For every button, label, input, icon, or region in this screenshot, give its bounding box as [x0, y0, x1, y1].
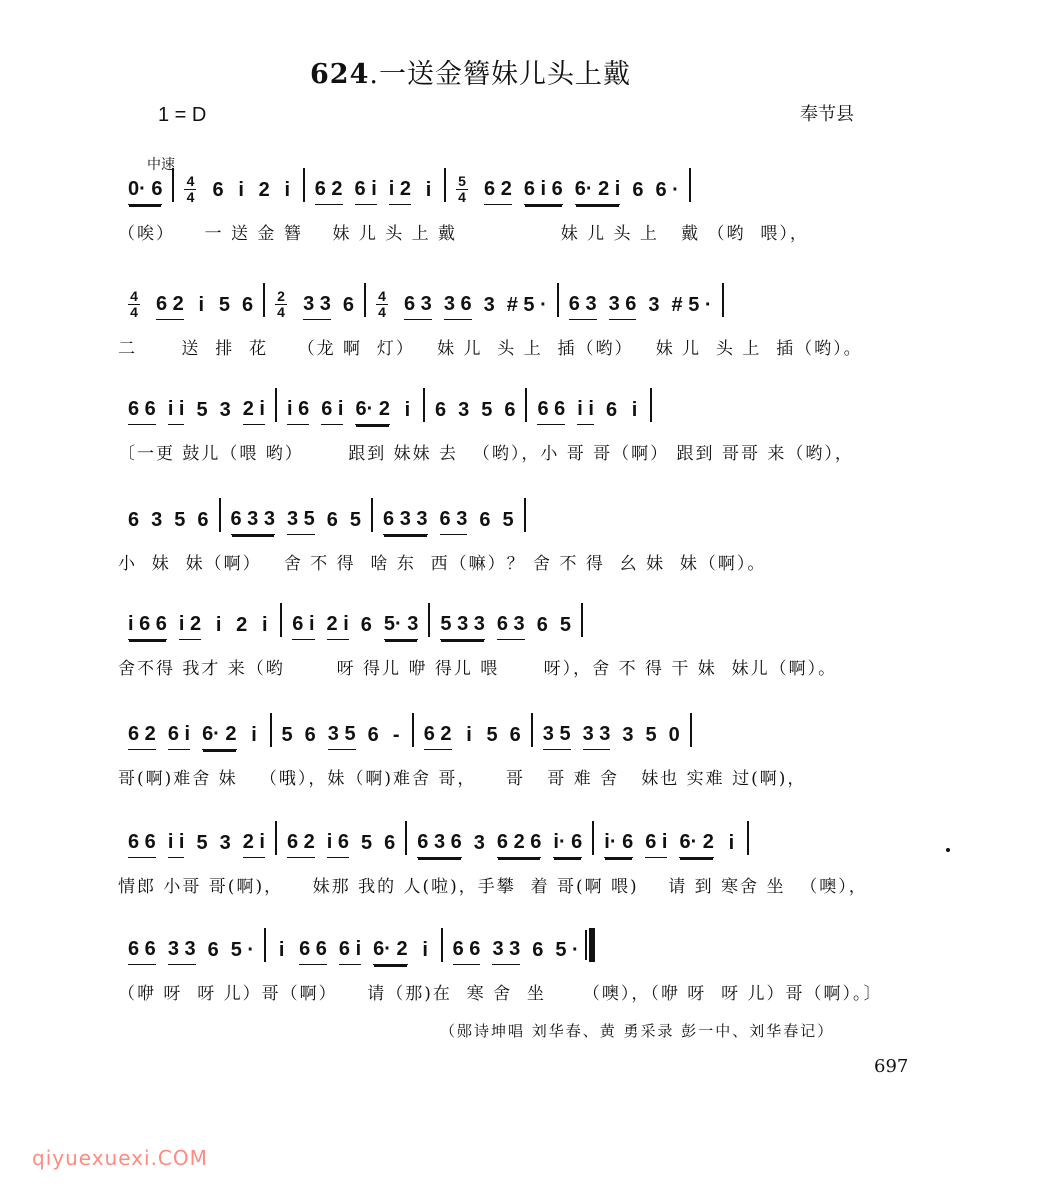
note: i· 6 [553, 831, 582, 853]
note-group: 5 [350, 509, 361, 535]
note: 5 · [555, 939, 578, 961]
note-group: # 5 · [672, 294, 712, 320]
note-group: i i [577, 398, 594, 425]
note: 3 3 [583, 723, 611, 745]
note-group: 2 i [243, 831, 265, 858]
measure: 6 26 i6· 2i [118, 723, 270, 750]
note-group: i 6 [287, 398, 309, 425]
note: 6 i [645, 831, 667, 853]
note-group: i [726, 832, 737, 858]
note-group: 2 i [243, 398, 265, 425]
note: 5 [646, 724, 657, 746]
note-group: i i [168, 831, 185, 858]
song-title: 624.一送金簪妹儿头上戴 [310, 52, 631, 91]
note-group: 3 3 [168, 938, 196, 965]
note-group: 3 6 [444, 293, 472, 320]
note: 6· 2 [202, 723, 236, 745]
note: 6 i [292, 613, 314, 635]
lyrics-line: （唉） 一 送 金 簪 妹 儿 头 上 戴 妹 儿 头 上 戴 （哟 喂）， [118, 219, 908, 249]
lyrics-line: 哥(啊)难舍 妹 （哦），妹（啊)难舍 哥， 哥 哥 难 舍 妹也 实难 过(啊… [118, 764, 908, 794]
note: 3 6 [444, 293, 472, 315]
note: 6 3 [404, 293, 432, 315]
note: 6 i [168, 723, 190, 745]
note-group: 3 [458, 399, 469, 425]
note: i [282, 179, 293, 201]
note: i [420, 939, 431, 961]
note-group: 6 3 3 [383, 508, 427, 535]
note: 6 [242, 294, 253, 316]
time-signature: 44 [128, 289, 140, 320]
note-group: # 5 · [507, 294, 547, 320]
score-row: i 6 6i 2i2i6 i2 i65· 35 3 36 365舍不得 我才 来… [118, 600, 908, 684]
note-group: 6 6 [128, 938, 156, 965]
note-group: 6 i 6 [524, 178, 563, 205]
measure: i· 66 i6· 2i [594, 831, 747, 858]
note: 6 · [655, 179, 678, 201]
score-row: 63566 3 33 5656 3 36 365小 妹 妹（啊） 舍 不 得 啥… [118, 495, 908, 579]
note-group: 6 3 [497, 613, 525, 640]
note-group: 5 [560, 614, 571, 640]
key-signature: 1 = D [158, 104, 206, 127]
note-group: 6 [343, 294, 354, 320]
note: 3 [220, 399, 231, 421]
note: 6 [606, 399, 617, 421]
note: 6 [128, 509, 139, 531]
note: i [196, 294, 207, 316]
note-group: i 6 6 [128, 613, 167, 640]
measure: 0· 6 [118, 178, 172, 205]
note-group: 3 [220, 399, 231, 425]
note-group: 3 5 [543, 723, 571, 750]
note-group: 6 2 [315, 178, 343, 205]
note-group: 5· 3 [384, 613, 418, 640]
note-group: 6 6 [128, 398, 156, 425]
note: 3 5 [543, 723, 571, 745]
note: i [402, 399, 413, 421]
note: 3 [220, 832, 231, 854]
measure: 6 63 365 · [443, 938, 589, 965]
note-group: 5 [502, 509, 513, 535]
note: 3 3 [492, 938, 520, 960]
note-group: 3 3 [303, 293, 331, 320]
note: i i [577, 398, 594, 420]
note-group: 6 6 [453, 938, 481, 965]
note-group: 6 [361, 614, 372, 640]
score-row: 446 2i56243 36446 33 63# 5 ·6 33 63# 5 ·… [118, 280, 908, 364]
note-group: i [629, 399, 640, 425]
note: 6 [435, 399, 446, 421]
note: - [391, 724, 402, 746]
measure: i6 66 i6· 2i [266, 938, 441, 965]
note-group: 2 [236, 614, 247, 640]
note: 6 3 [497, 613, 525, 635]
note-group: 6 i [355, 178, 377, 205]
note: # 5 · [507, 294, 547, 316]
note: 6 6 [128, 398, 156, 420]
note-group: i [402, 399, 413, 425]
note: 5 [560, 614, 571, 636]
note-group: i 2 [179, 613, 201, 640]
note: 3 5 [328, 723, 356, 745]
note: 5 [502, 509, 513, 531]
measure: 6356 [425, 399, 526, 425]
note-group: 6 3 [404, 293, 432, 320]
note-group: i· 6 [553, 831, 582, 858]
note: 3 [458, 399, 469, 421]
note: 5 [196, 399, 207, 421]
note: 0· 6 [128, 178, 162, 200]
note: 6 3 [569, 293, 597, 315]
note: 6 2 [424, 723, 452, 745]
note-group: 6· 2 [202, 723, 236, 750]
note: i [259, 614, 270, 636]
note: i 2 [389, 178, 411, 200]
time-signature: 44 [376, 289, 388, 320]
note-group: i [213, 614, 224, 640]
measure: 6 i2 i65· 3 [282, 613, 428, 640]
note-group: 5 [196, 832, 207, 858]
credits: （郧诗坤唱 刘华春、黄 勇采录 彭一中、刘华春记） [440, 1020, 834, 1041]
measure: 6 3 36 365 [373, 508, 524, 535]
page-number: 697 [874, 1056, 908, 1077]
note: i [423, 179, 434, 201]
note: 6 [479, 509, 490, 531]
note-group: 6 2 [424, 723, 452, 750]
note: i [249, 724, 260, 746]
note-group: 6 i [339, 938, 361, 965]
note-group: 6 3 6 [417, 831, 461, 858]
note: 6 [208, 939, 219, 961]
note: 5 [196, 832, 207, 854]
note-group: 5 [219, 294, 230, 320]
note-group: 3 [484, 294, 495, 320]
note: 3 6 [609, 293, 637, 315]
note-group: 3 3 [492, 938, 520, 965]
note-group: 3 3 [583, 723, 611, 750]
note-group: 3 [220, 832, 231, 858]
note-group: 5 · [555, 939, 578, 965]
note: 6· 2 [679, 831, 713, 853]
note: i· 6 [604, 831, 633, 853]
note-group: 6 [435, 399, 446, 425]
note-group: 6 3 3 [231, 508, 275, 535]
note-group: i [464, 724, 475, 750]
note: 6 2 [128, 723, 156, 745]
note: 0 [669, 724, 680, 746]
title-separator: . [369, 59, 379, 90]
note: 5 [481, 399, 492, 421]
measure: 6 2i56 [414, 723, 531, 750]
note-group: 6 [537, 614, 548, 640]
note-group: 6· 2 i [575, 178, 621, 205]
barline [722, 283, 724, 317]
note: 5 [361, 832, 372, 854]
note-group: 6 2 6 [497, 831, 541, 858]
note-group: 6 6 [537, 398, 565, 425]
note: i i [168, 398, 185, 420]
note: i [464, 724, 475, 746]
measure: i 6 6i 2i2i [118, 613, 280, 640]
note-group: 6 [632, 179, 643, 205]
note: 6 [537, 614, 548, 636]
notation-line: 446 2i56243 36446 33 63# 5 ·6 33 63# 5 · [118, 280, 908, 320]
note: i [276, 939, 287, 961]
note: 6· 2 [355, 398, 389, 420]
note: i [726, 832, 737, 854]
note-group: 6 [208, 939, 219, 965]
note-group: 6 [327, 509, 338, 535]
note: 6 6 [128, 831, 156, 853]
note: 6 i [355, 178, 377, 200]
note-group: 3 5 [328, 723, 356, 750]
notation-line: 6 63 365 ·i6 66 i6· 2i6 63 365 · [118, 925, 908, 965]
note-group: i· 6 [604, 831, 633, 858]
note: 6 6 [299, 938, 327, 960]
lyrics-line: 情郎 小哥 哥(啊)， 妹那 我的 人(啦)，手攀 着 哥(啊 喂) 请 到 寒… [118, 872, 908, 902]
note: 6 [305, 724, 316, 746]
measure: 6 33 63# 5 · [559, 293, 722, 320]
note-group: - [391, 724, 402, 750]
note-group: 6 i [168, 723, 190, 750]
barline [589, 928, 595, 962]
barline [581, 603, 583, 637]
note-group: 6 2 [484, 178, 512, 205]
note: 2 i [243, 831, 265, 853]
note-group: 2 i [327, 613, 349, 640]
region-label: 奉节县 [800, 100, 854, 126]
measure: 3 53 3350 [533, 723, 690, 750]
note-group: 3 [151, 509, 162, 535]
note-group: i i [168, 398, 185, 425]
note: 6 i [321, 398, 343, 420]
song-name: 一送金簪妹儿头上戴 [379, 59, 631, 90]
score-row: 6 6i i532 ii 66 i6· 2i63566 6i i6i〔一更 鼓儿… [118, 385, 908, 469]
note-group: 0· 6 [128, 178, 162, 205]
note-group: 6 [384, 832, 395, 858]
note-group: 6 [368, 724, 379, 750]
lyrics-line: 〔一更 鼓儿（喂 哟） 跟到 妹妹 去 （哟），小 哥 哥（啊） 跟到 哥哥 来… [118, 439, 908, 469]
note: 3 3 [303, 293, 331, 315]
note-group: 5 [646, 724, 657, 750]
note-group: 6 3 [440, 508, 468, 535]
watermark: qiyuexuexi.COM [32, 1146, 208, 1170]
note: 3 [648, 294, 659, 316]
note-group: 6 [212, 179, 223, 205]
note-group: 6 6 [299, 938, 327, 965]
note: i i [168, 831, 185, 853]
measure: 6 3 636 2 6i· 6 [407, 831, 592, 858]
note: 2 [259, 179, 270, 201]
note-group: 5 [282, 724, 293, 750]
note: 6 6 [128, 938, 156, 960]
measure: 6 63 365 · [118, 938, 264, 965]
note: 6 [504, 399, 515, 421]
note: 6· 2 [373, 938, 407, 960]
barline [650, 388, 652, 422]
note: 3 [622, 724, 633, 746]
note: 6 [532, 939, 543, 961]
measure: 446 33 63# 5 · [366, 289, 557, 320]
note: 5 [174, 509, 185, 531]
note-group: 3 5 [287, 508, 315, 535]
note-group: 6 2 [128, 723, 156, 750]
note-group: 6· 2 [679, 831, 713, 858]
measure: 5 3 36 365 [430, 613, 581, 640]
note: 6 2 [287, 831, 315, 853]
note: i 6 [327, 831, 349, 853]
note-group: 6 i [292, 613, 314, 640]
note: 6 i [339, 938, 361, 960]
note: i [629, 399, 640, 421]
measure: 546 26 i 66· 2 i66 · [446, 174, 689, 205]
note: 3 [151, 509, 162, 531]
notation-line: i 6 6i 2i2i6 i2 i65· 35 3 36 365 [118, 600, 908, 640]
note: 6 6 [537, 398, 565, 420]
note: 5 [350, 509, 361, 531]
score-row: 6 26 i6· 2i563 56-6 2i563 53 3350哥(啊)难舍 … [118, 710, 908, 794]
note-group: 6· 2 [373, 938, 407, 965]
note-group: 5 [481, 399, 492, 425]
note: 6 2 6 [497, 831, 541, 853]
note: i [213, 614, 224, 636]
lyrics-line: 二 送 排 花 （龙 啊 灯） 妹 儿 头 上 插（哟） 妹 儿 头 上 插（哟… [118, 334, 908, 364]
note-group: 6 2 [156, 293, 184, 320]
note: 2 i [243, 398, 265, 420]
measure: 563 56- [272, 723, 412, 750]
note-group: 6 [479, 509, 490, 535]
note: 6 [197, 509, 208, 531]
note-group: 2 [259, 179, 270, 205]
notation-line: 63566 3 33 5656 3 36 365 [118, 495, 908, 535]
note: 6 [212, 179, 223, 201]
measure: 446 2i56 [118, 289, 263, 320]
note-group: 5 · [231, 939, 254, 965]
note: 6 2 [156, 293, 184, 315]
note: 6 2 [484, 178, 512, 200]
measure: 6 6i i532 i [118, 398, 275, 425]
time-signature: 24 [275, 289, 287, 320]
note-group: 6 i [321, 398, 343, 425]
note: 6 2 [315, 178, 343, 200]
note: 3 3 [168, 938, 196, 960]
note-group: 6 [532, 939, 543, 965]
note-group: 6 6 [128, 831, 156, 858]
note: 5 [487, 724, 498, 746]
measure: 6 6i i6i [527, 398, 650, 425]
note: 6 [361, 614, 372, 636]
measure: 6 2i 656 [277, 831, 405, 858]
barline [690, 713, 692, 747]
note: 3 [474, 832, 485, 854]
note-group: 6 [606, 399, 617, 425]
note-group: i 6 [327, 831, 349, 858]
note-group: 3 [648, 294, 659, 320]
measure: i 66 i6· 2i [277, 398, 423, 425]
note-group: 3 [474, 832, 485, 858]
time-signature: 54 [456, 174, 468, 205]
note-group: 6 [510, 724, 521, 750]
note: 6 3 3 [383, 508, 427, 530]
measure: 243 36 [265, 289, 364, 320]
note-group: i [276, 939, 287, 965]
note-group: 6 · [655, 179, 678, 205]
song-number: 624 [310, 59, 369, 90]
note-group: 5 [196, 399, 207, 425]
note: 6· 2 i [575, 178, 621, 200]
measure: 6 26 ii 2i [305, 178, 444, 205]
note-group: i [196, 294, 207, 320]
note-group: 6 [242, 294, 253, 320]
note: 6 [384, 832, 395, 854]
note: 2 [236, 614, 247, 636]
note-group: 6 2 [287, 831, 315, 858]
note-group: i [420, 939, 431, 965]
measure: 6 3 33 565 [221, 508, 372, 535]
note-group: 5 3 3 [440, 613, 484, 640]
note-group: 3 6 [609, 293, 637, 320]
note-group: 5 [361, 832, 372, 858]
score-row: 6 6i i532 i6 2i 6566 3 636 2 6i· 6i· 66 … [118, 818, 908, 902]
note: 6 [632, 179, 643, 201]
note-group: i [282, 179, 293, 205]
note-group: 6 [504, 399, 515, 425]
note-group: 6 [305, 724, 316, 750]
note: 6 [327, 509, 338, 531]
note-group: 5 [174, 509, 185, 535]
note: 5 [282, 724, 293, 746]
note: 2 i [327, 613, 349, 635]
note: 5 [219, 294, 230, 316]
note: 6 i 6 [524, 178, 563, 200]
note: 5· 3 [384, 613, 418, 635]
notation-line: 6 6i i532 i6 2i 6566 3 636 2 6i· 6i· 66 … [118, 818, 908, 858]
barline [524, 498, 526, 532]
note-group: i [259, 614, 270, 640]
lyrics-line: 舍不得 我才 来（哟 呀 得儿 咿 得儿 喂 呀），舍 不 得 干 妹 妹儿（啊… [118, 654, 908, 684]
note: 5 3 3 [440, 613, 484, 635]
note: 6 [510, 724, 521, 746]
barline [689, 168, 691, 202]
note: i 2 [179, 613, 201, 635]
note: 6 3 6 [417, 831, 461, 853]
measure: 6356 [118, 509, 219, 535]
note-group: 6 [128, 509, 139, 535]
notation-line: 6 26 i6· 2i563 56-6 2i563 53 3350 [118, 710, 908, 750]
note-group: 3 [622, 724, 633, 750]
note: # 5 · [672, 294, 712, 316]
note: 3 [484, 294, 495, 316]
score-row: 0· 6446i2i6 26 ii 2i546 26 i 66· 2 i66 ·… [118, 165, 908, 249]
lyrics-line: （咿 呀 呀 儿）哥（啊） 请（那)在 寒 舍 坐 （噢），（咿 呀 呀 儿）哥… [118, 979, 908, 1009]
note: 3 5 [287, 508, 315, 530]
measure: 6 6i i532 i [118, 831, 275, 858]
note-group: 6 3 [569, 293, 597, 320]
note: 6 [368, 724, 379, 746]
note: 6 [343, 294, 354, 316]
stray-dot [946, 848, 950, 852]
note: 6 3 [440, 508, 468, 530]
note-group: 5 [487, 724, 498, 750]
time-signature: 44 [184, 174, 196, 205]
notation-line: 0· 6446i2i6 26 ii 2i546 26 i 66· 2 i66 · [118, 165, 908, 205]
note: 6 6 [453, 938, 481, 960]
note-group: 0 [669, 724, 680, 750]
notation-line: 6 6i i532 ii 66 i6· 2i63566 6i i6i [118, 385, 908, 425]
note: i [236, 179, 247, 201]
note-group: 6 i [645, 831, 667, 858]
note: 6 3 3 [231, 508, 275, 530]
lyrics-line: 小 妹 妹（啊） 舍 不 得 啥 东 西（嘛）？ 舍 不 得 幺 妹 妹（啊）。 [118, 549, 908, 579]
